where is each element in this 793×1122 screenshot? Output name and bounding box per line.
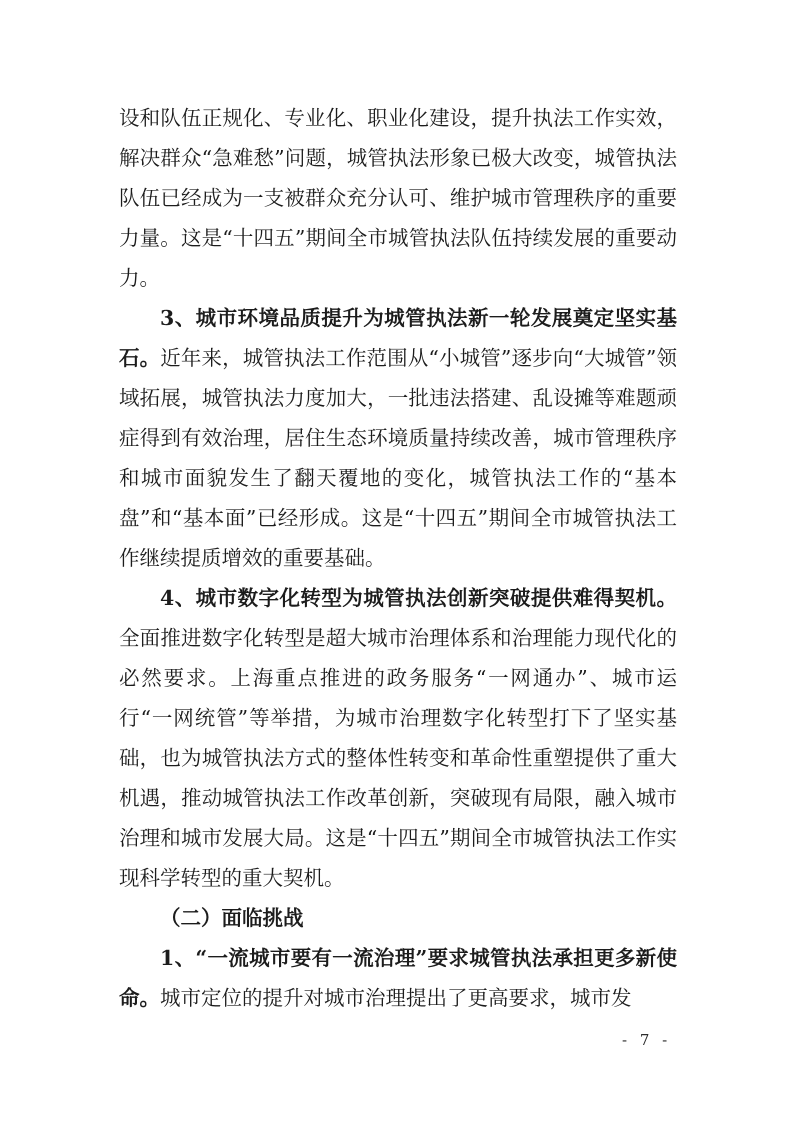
paragraph: 设和队伍正规化、专业化、职业化建设，提升执法工作实效，解决群众“急难愁”问题，城… (119, 98, 677, 298)
document-page: 设和队伍正规化、专业化、职业化建设，提升执法工作实效，解决群众“急难愁”问题，城… (0, 0, 793, 1122)
document-body: 设和队伍正规化、专业化、职业化建设，提升执法工作实效，解决群众“急难愁”问题，城… (119, 98, 677, 1018)
page-number: - 7 - (622, 1030, 671, 1050)
paragraph-text: 城市定位的提升对城市治理提出了更高要求，城市发 (160, 986, 632, 1010)
paragraph-text: 全面推进数字化转型是超大城市治理体系和治理能力现代化的必然要求。上海重点推进的政… (119, 626, 677, 890)
paragraph-text: 设和队伍正规化、专业化、职业化建设，提升执法工作实效，解决群众“急难愁”问题，城… (119, 106, 677, 290)
subsection-heading-challenges: （二）面临挑战 (160, 906, 304, 930)
paragraph: 3、城市环境品质提升为城管执法新一轮发展奠定坚实基石。近年来，城管执法工作范围从… (119, 298, 677, 578)
paragraph: 1、“一流城市要有一流治理”要求城管执法承担更多新使命。城市定位的提升对城市治理… (119, 938, 677, 1018)
section-heading-4: 4、城市数字化转型为城管执法创新突破提供难得契机。 (160, 586, 677, 610)
paragraph: 4、城市数字化转型为城管执法创新突破提供难得契机。全面推进数字化转型是超大城市治… (119, 578, 677, 898)
paragraph: （二）面临挑战 (119, 898, 677, 938)
paragraph-text: 近年来，城管执法工作范围从“小城管”逐步向“大城管”领域拓展，城管执法力度加大，… (119, 346, 677, 570)
